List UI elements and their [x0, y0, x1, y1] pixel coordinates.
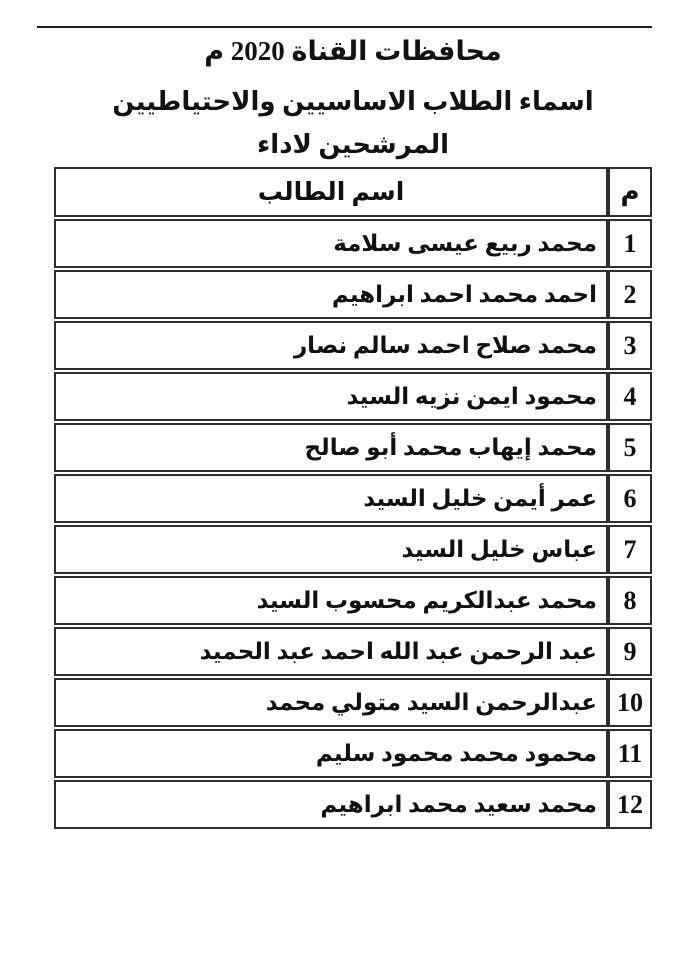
student-name-cell: عباس خليل السيد: [54, 525, 608, 574]
page-title: محافظات القناة 2020 م: [54, 36, 652, 67]
col-header-index: م: [608, 167, 652, 217]
row-number-cell: 2: [608, 270, 652, 319]
row-number-cell: 4: [608, 372, 652, 421]
student-name-cell: محمود ايمن نزيه السيد: [54, 372, 608, 421]
col-header-name: اسم الطالب: [54, 167, 608, 217]
students-table: م اسم الطالب 1 محمد ربيع عيسى سلامة 2 اح…: [54, 165, 652, 831]
table-row: 4 محمود ايمن نزيه السيد: [54, 372, 652, 421]
top-horizontal-rule: [37, 26, 652, 28]
row-number-cell: 5: [608, 423, 652, 472]
student-name-cell: محمود محمد محمود سليم: [54, 729, 608, 778]
row-number-cell: 9: [608, 627, 652, 676]
student-name-cell: عمر أيمن خليل السيد: [54, 474, 608, 523]
table-row: 5 محمد إيهاب محمد أبو صالح: [54, 423, 652, 472]
row-number-cell: 1: [608, 219, 652, 268]
table-header-row: م اسم الطالب: [54, 167, 652, 217]
table-row: 3 محمد صلاح احمد سالم نصار: [54, 321, 652, 370]
table-row: 8 محمد عبدالكريم محسوب السيد: [54, 576, 652, 625]
student-name-cell: محمد إيهاب محمد أبو صالح: [54, 423, 608, 472]
row-number-cell: 7: [608, 525, 652, 574]
student-name-cell: عبدالرحمن السيد متولي محمد: [54, 678, 608, 727]
table-row: 6 عمر أيمن خليل السيد: [54, 474, 652, 523]
row-number-cell: 8: [608, 576, 652, 625]
scanned-document-page: محافظات القناة 2020 م اسماء الطلاب الاسا…: [0, 0, 678, 960]
table-row: 2 احمد محمد احمد ابراهيم: [54, 270, 652, 319]
student-name-cell: احمد محمد احمد ابراهيم: [54, 270, 608, 319]
row-number-cell: 10: [608, 678, 652, 727]
student-name-cell: محمد عبدالكريم محسوب السيد: [54, 576, 608, 625]
table-row: 7 عباس خليل السيد: [54, 525, 652, 574]
row-number-cell: 12: [608, 780, 652, 829]
student-name-cell: محمد سعيد محمد ابراهيم: [54, 780, 608, 829]
student-name-cell: عبد الرحمن عبد الله احمد عبد الحميد: [54, 627, 608, 676]
row-number-cell: 3: [608, 321, 652, 370]
page-subtitle-line1: اسماء الطلاب الاساسيين والاحتياطيين المر…: [54, 80, 652, 166]
student-name-cell: محمد صلاح احمد سالم نصار: [54, 321, 608, 370]
table-row: 9 عبد الرحمن عبد الله احمد عبد الحميد: [54, 627, 652, 676]
table-row: 1 محمد ربيع عيسى سلامة: [54, 219, 652, 268]
table-row: 12 محمد سعيد محمد ابراهيم: [54, 780, 652, 829]
student-name-cell: محمد ربيع عيسى سلامة: [54, 219, 608, 268]
row-number-cell: 6: [608, 474, 652, 523]
table-row: 10 عبدالرحمن السيد متولي محمد: [54, 678, 652, 727]
table-row: 11 محمود محمد محمود سليم: [54, 729, 652, 778]
row-number-cell: 11: [608, 729, 652, 778]
